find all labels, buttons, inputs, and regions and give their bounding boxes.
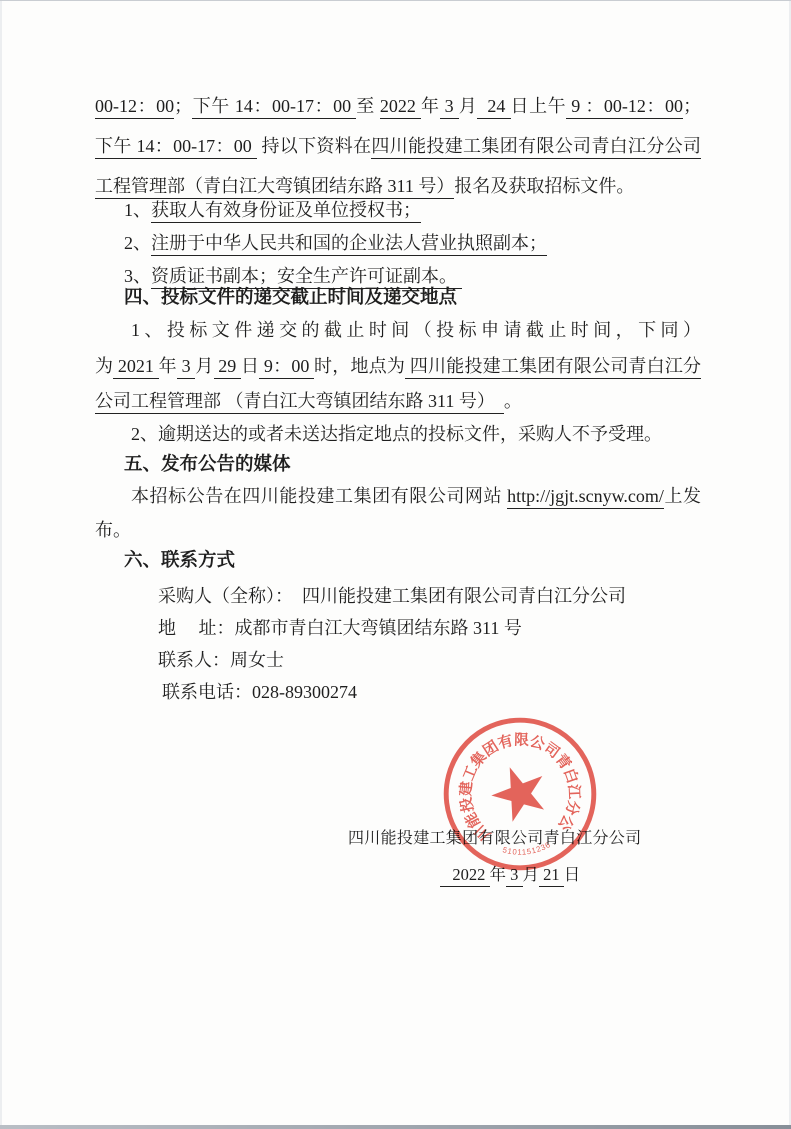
list-item-text: 注册于中华人民共和国的企业法人营业执照副本；	[151, 233, 547, 256]
list-item: 2、注册于中华人民共和国的企业法人营业执照副本；	[95, 227, 701, 260]
list-item-number: 3、	[124, 266, 151, 286]
seal-serial-number: 5101151236	[501, 839, 553, 859]
contact-phone: 联系电话：028-89300274	[95, 676, 701, 708]
official-seal-stamp: 四川能投建工集团有限公司青白江分公司 5101151236	[438, 712, 602, 876]
contact-purchaser: 采购人（全称）： 四川能投建工集团有限公司青白江分公司	[95, 580, 701, 612]
list-item-text: 获取人有效身份证及单位授权书；	[151, 200, 421, 223]
scanned-document-page: 00-12：00；下午 14：00-17：00 至 2022 年 3 月 24 …	[0, 0, 791, 1129]
seal-star-icon	[484, 757, 554, 825]
contact-address: 地 址：成都市青白江大弯镇团结东路 311 号	[95, 612, 701, 644]
section-4-heading: 四、投标文件的递交截止时间及递交地点	[124, 284, 701, 310]
list-item-number: 2、	[124, 233, 151, 253]
list-item-number: 1、	[124, 200, 151, 220]
contact-person: 联系人：周女士	[95, 644, 701, 676]
section-5-heading: 五、发布公告的媒体	[124, 451, 701, 477]
intro-paragraph: 00-12：00；下午 14：00-17：00 至 2022 年 3 月 24 …	[95, 86, 701, 206]
section-4-paragraph-1: 1、投标文件递交的截止时间（投标申请截止时间，下同）为 2021 年 3 月 2…	[95, 313, 701, 420]
requirements-list: 1、获取人有效身份证及单位授权书； 2、注册于中华人民共和国的企业法人营业执照副…	[95, 194, 701, 293]
document-content: 00-12：00；下午 14：00-17：00 至 2022 年 3 月 24 …	[95, 86, 701, 708]
section-6-heading: 六、联系方式	[124, 547, 701, 573]
contact-block: 采购人（全称）： 四川能投建工集团有限公司青白江分公司 地 址：成都市青白江大弯…	[95, 580, 701, 708]
section-4-paragraph-2: 2、逾期送达的或者未送达指定地点的投标文件，采购人不予受理。	[95, 417, 701, 451]
section-5-paragraph: 本招标公告在四川能投建工集团有限公司网站 http://jgjt.scnyw.c…	[95, 479, 701, 547]
